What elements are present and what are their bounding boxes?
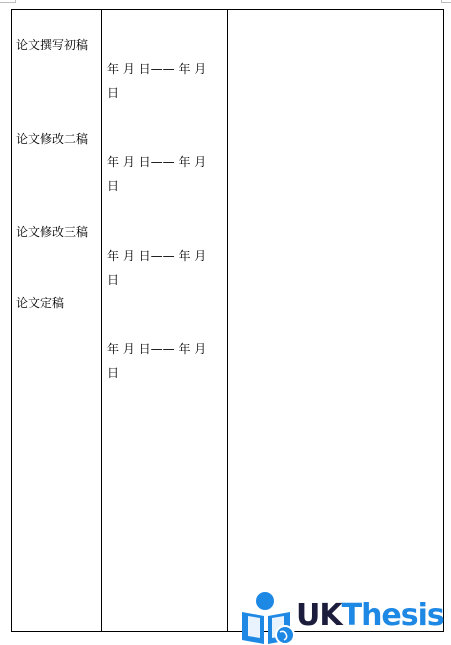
schedule-table: 论文撰写初稿 年 月 日—— 年 月 日 论文修改二稿 年 月 日—— 年 月 … bbox=[11, 9, 444, 632]
column-divider bbox=[101, 10, 102, 631]
page-corner-mark bbox=[0, 2, 16, 3]
date-range: 年 月 日—— 年 月 日 bbox=[107, 150, 227, 198]
page-corner-mark bbox=[15, 0, 16, 3]
date-line: 日 bbox=[107, 174, 227, 198]
brand-uk: UK bbox=[296, 598, 342, 633]
date-range: 年 月 日—— 年 月 日 bbox=[107, 337, 227, 385]
date-line: 日 bbox=[107, 268, 227, 292]
date-range: 年 月 日—— 年 月 日 bbox=[107, 57, 227, 105]
ukthesis-watermark-logo: UKThesis bbox=[240, 590, 445, 645]
date-line: 年 月 日—— 年 月 bbox=[107, 150, 227, 174]
stage-label: 论文修改二稿 bbox=[16, 132, 88, 146]
stage-label: 论文修改三稿 bbox=[16, 225, 88, 239]
column-divider bbox=[227, 10, 228, 631]
date-range: 年 月 日—— 年 月 日 bbox=[107, 244, 227, 292]
date-line: 年 月 日—— 年 月 bbox=[107, 57, 227, 81]
brand-name: UKThesis bbox=[296, 598, 444, 634]
date-line: 日 bbox=[107, 81, 227, 105]
date-line: 年 月 日—— 年 月 bbox=[107, 244, 227, 268]
stage-label: 论文定稿 bbox=[16, 296, 64, 310]
brand-thesis: Thesis bbox=[342, 598, 444, 633]
page-corner-mark bbox=[441, 0, 442, 3]
stage-label: 论文撰写初稿 bbox=[16, 38, 88, 52]
reader-book-icon bbox=[240, 590, 296, 645]
date-line: 日 bbox=[107, 361, 227, 385]
page-corner-mark bbox=[441, 2, 451, 3]
date-line: 年 月 日—— 年 月 bbox=[107, 337, 227, 361]
